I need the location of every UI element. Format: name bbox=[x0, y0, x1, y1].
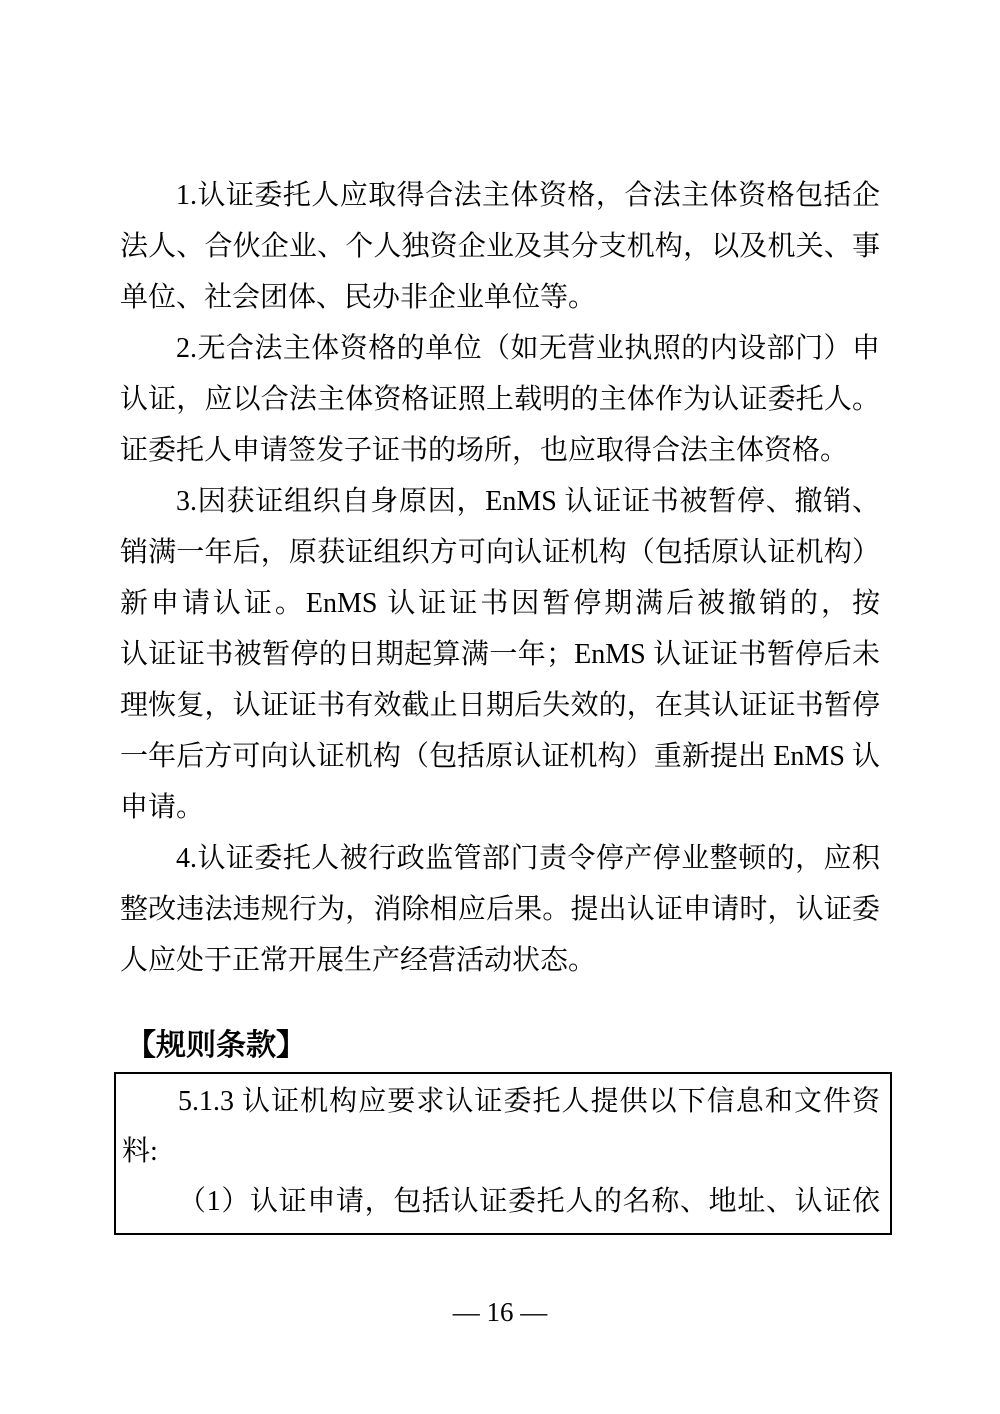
text-line: 3.因获证组织自身原因，EnMS 认证证书被暂停、撤销、注 bbox=[120, 476, 880, 527]
paragraph-1: 1.认证委托人应取得合法主体资格，合法主体资格包括企业 法人、合伙企业、个人独资… bbox=[120, 170, 880, 323]
text-line: 认证，应以合法主体资格证照上载明的主体作为认证委托人。认 bbox=[120, 374, 880, 425]
paragraph-2: 2.无合法主体资格的单位（如无营业执照的内设部门）申请 认证，应以合法主体资格证… bbox=[120, 323, 880, 476]
text-line: 1.认证委托人应取得合法主体资格，合法主体资格包括企业 bbox=[120, 170, 880, 221]
text-line: 新申请认证。EnMS 认证证书因暂停期满后被撤销的，按 EnMS bbox=[120, 578, 880, 629]
text-line: 一年后方可向认证机构（包括原认证机构）重新提出 EnMS 认证 bbox=[120, 731, 880, 782]
section-heading-rule-clause: 【规则条款】 bbox=[126, 1026, 306, 1066]
text-line: 5.1.3 认证机构应要求认证委托人提供以下信息和文件资 bbox=[122, 1077, 880, 1127]
page-number: — 16 — bbox=[0, 1292, 1000, 1332]
rule-clause-box: 5.1.3 认证机构应要求认证委托人提供以下信息和文件资 料: （1）认证申请，… bbox=[114, 1072, 892, 1235]
text-line: 认证证书被暂停的日期起算满一年；EnMS 认证证书暂停后未办 bbox=[120, 629, 880, 680]
text-line: 2.无合法主体资格的单位（如无营业执照的内设部门）申请 bbox=[120, 323, 880, 374]
paragraph-4: 4.认证委托人被行政监管部门责令停产停业整顿的，应积极 整改违法违规行为，消除相… bbox=[120, 833, 880, 986]
text-line: 理恢复，认证证书有效截止日期后失效的，在其认证证书暂停满 bbox=[120, 680, 880, 731]
body-text: 1.认证委托人应取得合法主体资格，合法主体资格包括企业 法人、合伙企业、个人独资… bbox=[120, 170, 880, 986]
text-line: 4.认证委托人被行政监管部门责令停产停业整顿的，应积极 bbox=[120, 833, 880, 884]
text-line: 人应处于正常开展生产经营活动状态。 bbox=[120, 935, 880, 986]
paragraph-3: 3.因获证组织自身原因，EnMS 认证证书被暂停、撤销、注 销满一年后，原获证组… bbox=[120, 476, 880, 833]
document-page: 1.认证委托人应取得合法主体资格，合法主体资格包括企业 法人、合伙企业、个人独资… bbox=[0, 0, 1000, 1414]
text-line: 申请。 bbox=[120, 782, 880, 833]
text-line: 证委托人申请签发子证书的场所，也应取得合法主体资格。 bbox=[120, 425, 880, 476]
text-line: 销满一年后，原获证组织方可向认证机构（包括原认证机构）重 bbox=[120, 527, 880, 578]
text-line: 整改违法违规行为，消除相应后果。提出认证申请时，认证委托 bbox=[120, 884, 880, 935]
text-line: 料: bbox=[122, 1127, 880, 1177]
text-line: （1）认证申请，包括认证委托人的名称、地址、认证依据 bbox=[122, 1177, 880, 1227]
text-line: 法人、合伙企业、个人独资企业及其分支机构，以及机关、事业 bbox=[120, 221, 880, 272]
text-line: 单位、社会团体、民办非企业单位等。 bbox=[120, 272, 880, 323]
